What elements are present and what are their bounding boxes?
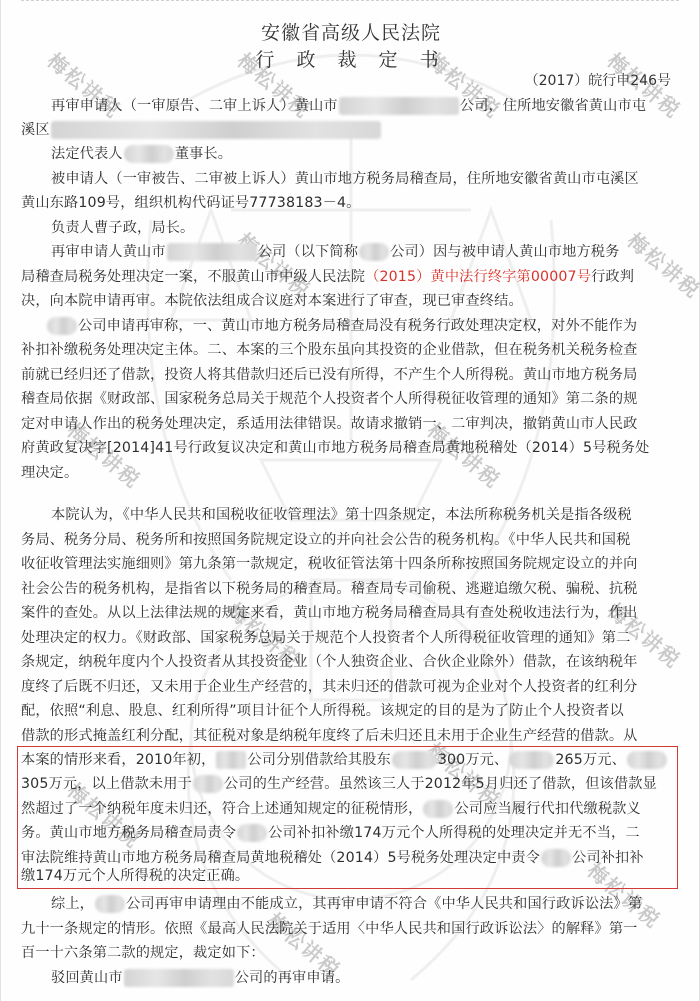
redacted-name [423, 800, 453, 818]
text-segment: 公司再审申请理由不能成立，其再审申请不符合《中华人民共和国行政诉讼法》第 [126, 896, 642, 912]
paragraph-line: 百一十六条第二款的规定，裁定如下： [21, 943, 681, 963]
redacted-name [216, 751, 246, 769]
text-segment: 公司补扣补 [572, 850, 644, 866]
redacted-name [359, 243, 389, 261]
text-segment: 公司分别借款给其股东 [247, 752, 390, 768]
text-segment: 审法院维持黄山市地方税务局稽查局黄地税稽处（2014）5号税务处理决定中责令 [21, 850, 540, 866]
redacted-name [237, 824, 267, 842]
redacted-name [509, 751, 554, 769]
paragraph-line: 负责人曹子政，局长。 [21, 218, 700, 238]
paragraph-line: 度终了后既不归还，又未用于企业生产经营的，其未归还的借款可视为企业对个人投资者的… [21, 677, 681, 697]
referenced-case-number: （2015）黄中法行终字第00007号 [365, 269, 591, 285]
redacted-name [95, 895, 125, 913]
text-segment: 265万元、 [555, 752, 626, 768]
text-segment: 公司）因与被申请人黄山市地方税务 [390, 244, 619, 260]
paragraph-line: 务。黄山市地方税务局稽查局责令公司补扣补缴174万元个人所得税的处理决定并无不当… [21, 823, 681, 843]
text-segment: 公司，住所地安徽省黄山市屯 [460, 98, 646, 114]
paragraph-line: 再审申请人（一审原告、二审上诉人）黄山市公司，住所地安徽省黄山市屯 [21, 96, 700, 116]
paragraph-line: 审法院维持黄山市地方税务局稽查局黄地税稽处（2014）5号税务处理决定中责令公司… [21, 848, 681, 868]
paragraph-line: 理决定。 [21, 463, 681, 483]
paragraph-line: 处理决定的权力。《财政部、国家税务总局关于规范个人投资者个人所得税征收管理的通知… [21, 628, 681, 648]
text-segment: 董事长。 [175, 146, 232, 162]
text-segment: 综上， [51, 896, 94, 912]
text-segment: 局稽查局税务处理决定一案，不服黄山市中级人民法院 [21, 269, 365, 285]
paragraph-line: 补扣补缴税务处理决定主体。二、本案的三个股东虽向其投资的企业借款，但在税务机关税… [21, 340, 681, 360]
document-page: 梅松讲税 梅松讲税 梅松讲税 梅松讲税 梅松讲税 梅松讲税 梅松讲税 梅松讲税 … [0, 0, 700, 1001]
text-segment: 务。黄山市地方税务局稽查局责令 [21, 825, 236, 841]
redacted-name [541, 849, 571, 867]
document-type-heading: 行 政 裁 定 书 [1, 45, 700, 72]
text-segment: 然超过了一个纳税年度未归还，符合上述通知规定的征税情形， [21, 801, 422, 817]
text-segment: 溪区 [21, 122, 50, 138]
paragraph-line: 收征收管理法实施细则》第九条第一款规定，税收征管法第十四条所称按照国务院规定设立… [21, 554, 681, 574]
paragraph-line: 305万元，以上借款未用于公司的生产经营。虽然该三人于2012年5月归还了借款，… [21, 774, 681, 794]
redacted-name [167, 243, 257, 261]
text-segment: 公司补扣补缴174万元个人所得税的处理决定并无不当，二 [268, 825, 640, 841]
paragraph-line: 法定代表人董事长。 [21, 144, 700, 164]
text-segment: 行政判 [591, 269, 634, 285]
redacted-name [124, 145, 174, 163]
redacted-address [51, 121, 381, 139]
paragraph-line: 条规定，纳税年度内个人投资者从其投资企业（个人独资企业、合伙企业除外）借款，在该… [21, 652, 681, 672]
redacted-name [392, 751, 437, 769]
redacted-name [124, 969, 234, 987]
text-segment: 公司的再审申请。 [235, 970, 350, 986]
text-segment: 公司的生产经营。虽然该三人于2012年5月归还了借款，但该借款显 [224, 776, 657, 792]
court-name-heading: 安徽省高级人民法院 [1, 18, 700, 45]
paragraph-line: 九十一条规定的情形。依照《最高人民法院关于适用〈中华人民共和国行政诉讼法〉的解释… [21, 919, 681, 939]
paragraph-line: 然超过了一个纳税年度未归还，符合上述通知规定的征税情形，公司应当履行代扣代缴税款… [21, 799, 681, 819]
text-segment: 公司（以下简称 [258, 244, 358, 260]
paragraph-line: 案件的查处。从以上法律法规的规定来看，黄山市地方税务局稽查局具有查处税收违法行为… [21, 603, 681, 623]
paragraph-line: 稽查局依据《财政部、国家税务总局关于规范个人投资者个人所得税征收管理的通知》第二… [21, 389, 681, 409]
text-segment: 305万元，以上借款未用于 [21, 776, 192, 792]
text-segment: 300万元、 [438, 752, 509, 768]
redacted-name [627, 751, 667, 769]
text-segment: 再审申请人黄山市 [51, 244, 166, 260]
paragraph-line: 配，依照“利息、股息、红利所得”项目计征个人所得税。该规定的目的是为了防止个人投… [21, 701, 681, 721]
text-segment: 公司应当履行代扣代缴税款义 [454, 801, 640, 817]
paragraph-line: 驳回黄山市公司的再审申请。 [21, 968, 700, 988]
paragraph-line: 局稽查局税务处理决定一案，不服黄山市中级人民法院（2015）黄中法行终字第000… [21, 267, 681, 287]
paragraph-line: 本院认为，《中华人民共和国税收征收管理法》第十四条规定，本法所称税务机关是指各级… [21, 505, 700, 525]
paragraph-line: 府黄政复决字[2014]41号行政复议决定和黄山市地方税务局稽查局黄地税稽处（2… [21, 438, 681, 458]
paragraph-line: 溪区 [21, 120, 681, 140]
paragraph-line: 公司申请再审称，一、黄山市地方税务局稽查局没有税务行政处理决定权，对外不能作为 [21, 316, 681, 336]
paragraph-line: 缴174万元个人所得税的决定正确。 [21, 866, 681, 886]
paragraph-line: 前就已经归还了借款，投资人将其借款归还后已没有所得，不产生个人所得税。黄山市地方… [21, 365, 681, 385]
redacted-name [339, 97, 459, 115]
text-segment: 法定代表人 [51, 146, 123, 162]
text-segment: 再审申请人（一审原告、二审上诉人）黄山市 [51, 98, 338, 114]
paragraph-line: 黄山东路109号，组织机构代码证号77738183－4。 [21, 193, 681, 213]
text-segment: 驳回黄山市 [51, 970, 123, 986]
case-number: （2017）皖行申246号 [525, 70, 671, 90]
text-segment: 公司申请再审称，一、黄山市地方税务局稽查局没有税务行政处理决定权，对外不能作为 [78, 318, 637, 334]
paragraph-line: 定对申请人作出的税务处理决定，系适用法律错误。故请求撤销一、二审判决，撤销黄山市… [21, 414, 681, 434]
page-top-border [21, 0, 679, 1]
paragraph-line: 综上，公司再审申请理由不能成立，其再审申请不符合《中华人民共和国行政诉讼法》第 [21, 894, 700, 914]
paragraph-line: 本案的情形来看，2010年初，公司分别借款给其股东300万元、265万元、 [21, 750, 681, 770]
paragraph-line: 借款的形式掩盖红利分配，其征税对象是纳税年度终了后未归还且未用于企业生产经营的借… [21, 726, 681, 746]
text-segment: 本案的情形来看，2010年初， [21, 752, 215, 768]
paragraph-line: 社会公告的税务机构，是指省以下税务局的稽查局。稽查局专司偷税、逃避追缴欠税、骗税… [21, 579, 681, 599]
redacted-name [193, 775, 223, 793]
paragraph-line: 务局、税务分局、税务所和按照国务院规定设立的并向社会公告的税务机构。《中华人民共… [21, 530, 681, 550]
paragraph-line: 被申请人（一审被告、二审被上诉人）黄山市地方税务局稽查局，住所地安徽省黄山市屯溪… [21, 169, 700, 189]
redacted-name [47, 317, 77, 335]
paragraph-line: 再审申请人黄山市公司（以下简称公司）因与被申请人黄山市地方税务 [21, 242, 700, 262]
paragraph-line: 决，向本院申请再审。本院依法组成合议庭对本案进行了审查，现已审查终结。 [21, 291, 681, 311]
